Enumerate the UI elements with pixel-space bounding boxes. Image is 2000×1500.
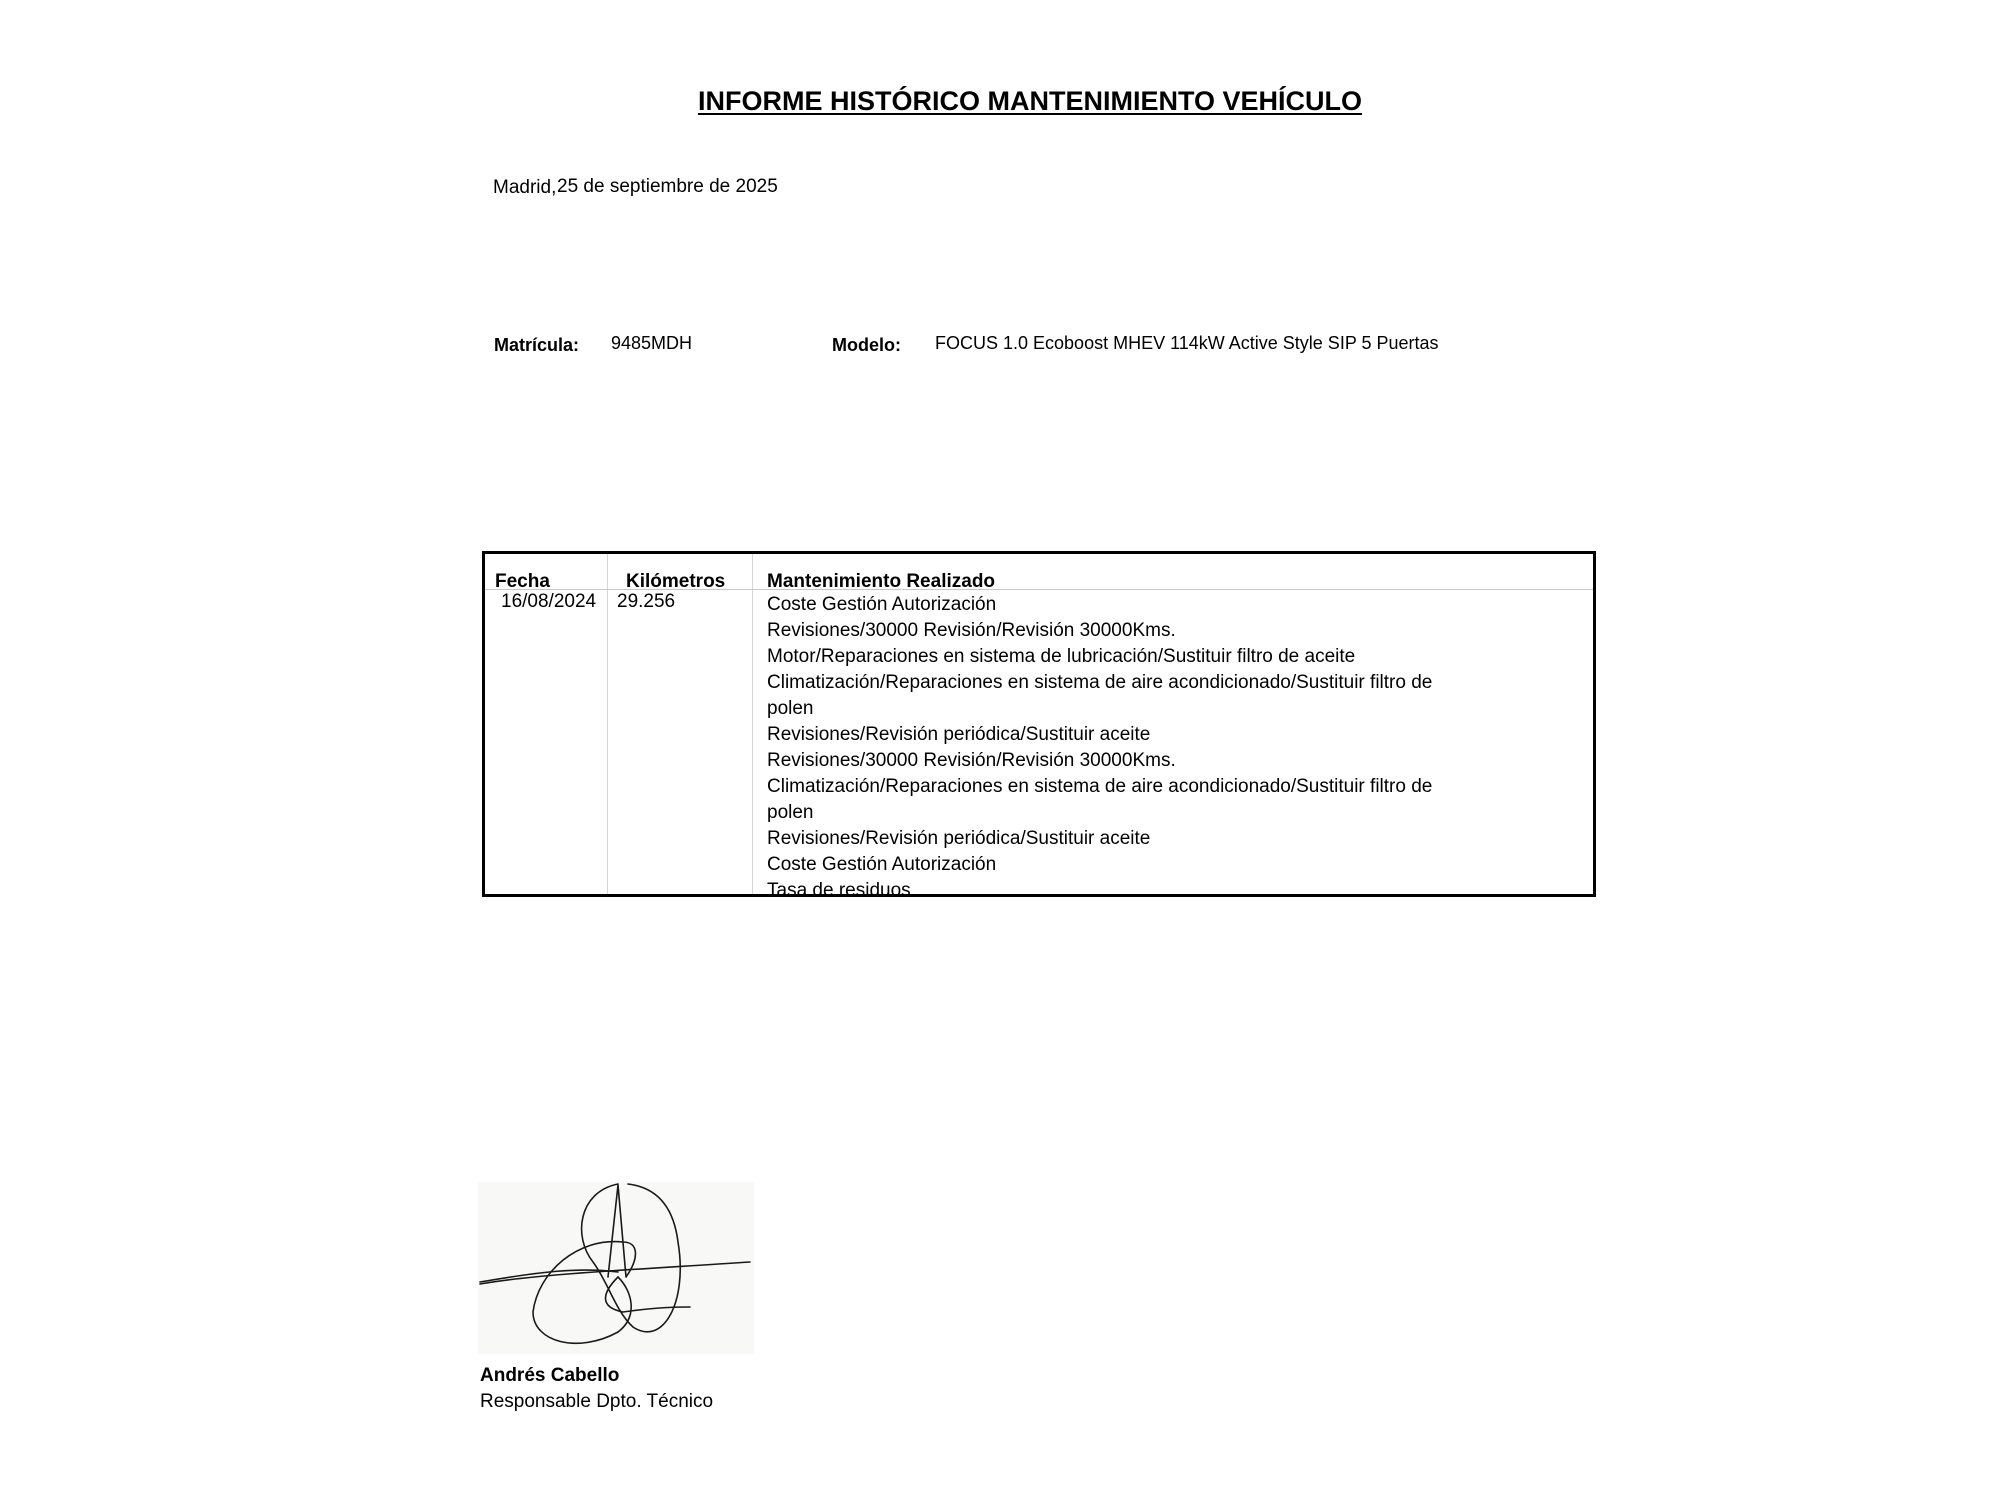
maintenance-item: Motor/Reparaciones en sistema de lubrica… bbox=[767, 644, 1432, 670]
signer-role: Responsable Dpto. Técnico bbox=[480, 1391, 713, 1413]
column-divider bbox=[607, 554, 608, 894]
row-km: 29.256 bbox=[617, 591, 675, 613]
column-divider bbox=[752, 554, 753, 894]
maintenance-item: Tasa de residuos bbox=[767, 878, 1432, 904]
signer-name: Andrés Cabello bbox=[480, 1365, 619, 1387]
plate-value: 9485MDH bbox=[611, 333, 692, 354]
signature-image bbox=[478, 1182, 754, 1354]
place: Madrid, bbox=[493, 177, 556, 199]
header-date: Fecha bbox=[495, 571, 550, 593]
maintenance-item: Revisiones/Revisión periódica/Sustituir … bbox=[767, 722, 1432, 748]
header-km: Kilómetros bbox=[626, 571, 725, 593]
header-maintenance: Mantenimiento Realizado bbox=[767, 571, 995, 593]
maintenance-item: Revisiones/30000 Revisión/Revisión 30000… bbox=[767, 618, 1432, 644]
maintenance-item: polen bbox=[767, 696, 1432, 722]
row-date: 16/08/2024 bbox=[501, 591, 596, 613]
maintenance-item: Revisiones/Revisión periódica/Sustituir … bbox=[767, 826, 1432, 852]
report-date: 25 de septiembre de 2025 bbox=[557, 176, 778, 198]
plate-label: Matrícula: bbox=[494, 335, 579, 356]
model-label: Modelo: bbox=[832, 335, 901, 356]
maintenance-items: Coste Gestión AutorizaciónRevisiones/300… bbox=[767, 592, 1432, 904]
maintenance-item: Climatización/Reparaciones en sistema de… bbox=[767, 774, 1432, 800]
maintenance-item: polen bbox=[767, 800, 1432, 826]
model-value: FOCUS 1.0 Ecoboost MHEV 114kW Active Sty… bbox=[935, 333, 1439, 354]
maintenance-item: Revisiones/30000 Revisión/Revisión 30000… bbox=[767, 748, 1432, 774]
maintenance-item: Climatización/Reparaciones en sistema de… bbox=[767, 670, 1432, 696]
maintenance-item: Coste Gestión Autorización bbox=[767, 852, 1432, 878]
maintenance-item: Coste Gestión Autorización bbox=[767, 592, 1432, 618]
page-title: INFORME HISTÓRICO MANTENIMIENTO VEHÍCULO bbox=[0, 86, 2000, 117]
signature-icon bbox=[478, 1182, 754, 1354]
maintenance-table: Fecha Kilómetros Mantenimiento Realizado… bbox=[482, 551, 1596, 897]
